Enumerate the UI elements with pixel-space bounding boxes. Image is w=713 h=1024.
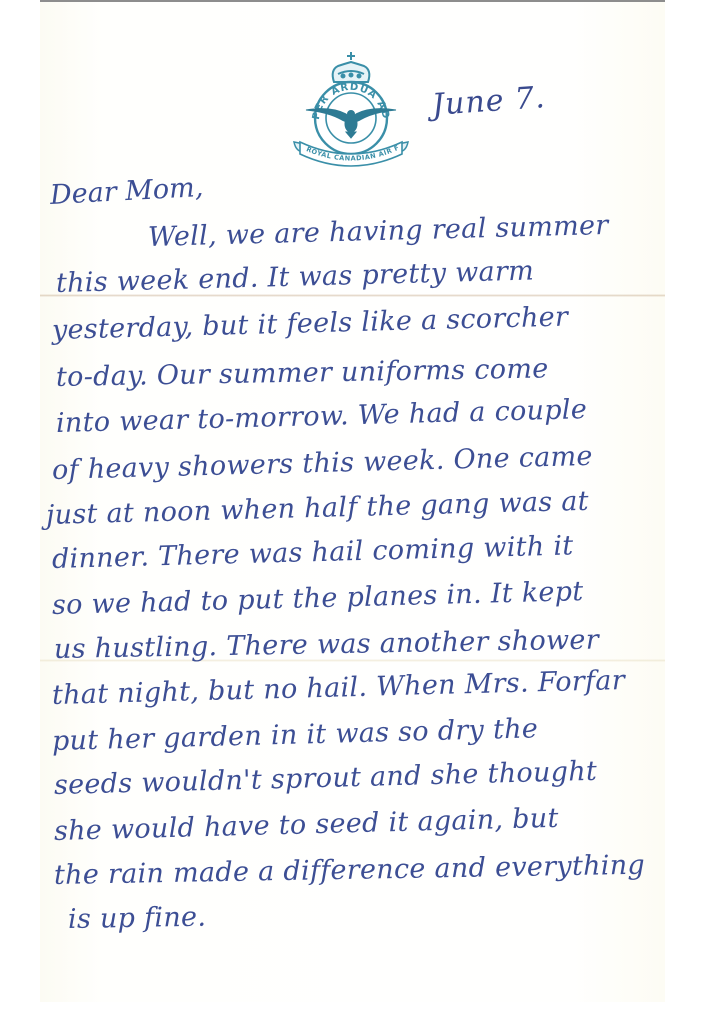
- body-line: this week end. It was pretty warm: [56, 255, 535, 299]
- body-line: put her garden in it was so dry the: [52, 713, 539, 757]
- body-line: into wear to-morrow. We had a couple: [56, 394, 588, 439]
- body-line: us hustling. There was another shower: [54, 624, 599, 665]
- body-line: the rain made a difference and everythin…: [54, 850, 645, 891]
- letter-page: PER ARDUA AD ASTRA ROYAL CANADIAN AIR FO…: [0, 0, 713, 1024]
- body-line: so we had to put the planes in. It kept: [52, 576, 584, 621]
- body-line: dinner. There was hail coming with it: [52, 530, 574, 575]
- letter-body: Well, we are having real summer this wee…: [0, 0, 713, 1024]
- body-line: is up fine.: [68, 902, 207, 935]
- body-line: yesterday, but it feels like a scorcher: [52, 301, 569, 346]
- body-line: Well, we are having real summer: [148, 210, 609, 253]
- body-line: that night, but no hail. When Mrs. Forfa…: [52, 665, 626, 711]
- body-line: of heavy showers this week. One came: [52, 441, 594, 486]
- body-line: seeds wouldn't sprout and she thought: [54, 756, 598, 801]
- body-line: to-day. Our summer uniforms come: [56, 353, 549, 393]
- body-line: she would have to seed it again, but: [54, 803, 559, 847]
- body-line: just at noon when half the gang was at: [46, 486, 590, 531]
